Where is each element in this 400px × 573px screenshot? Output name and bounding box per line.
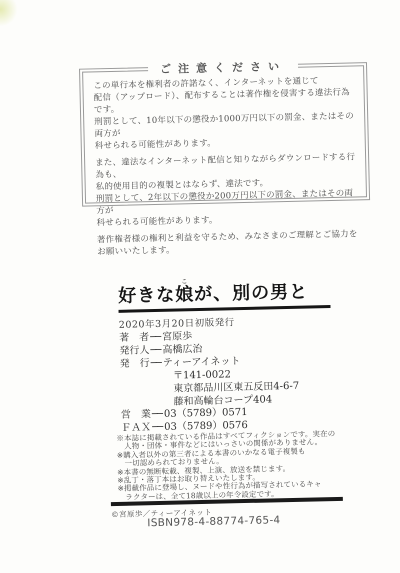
colophon-page: ご注意ください この単行本を権利者の許諾なく、インターネットを通じて 配信（アッ…: [0, 0, 400, 573]
publisher-address: 〒141-0022 東京都品川区東五反田4-6-7 藤和高輪台コープ404: [120, 367, 300, 410]
row-dash: ──: [151, 358, 161, 371]
publisher-name: ティーアイネット: [163, 356, 241, 369]
sales-label: 営 業: [121, 410, 152, 424]
publisher-person-name: 高橋広治: [162, 344, 202, 356]
author-label: 著 者: [119, 332, 150, 346]
book-title-post: が、別の男と: [194, 282, 308, 306]
scan-artifact-spot: [0, 0, 18, 27]
isbn-number: ISBN978-4-88774-765-4: [147, 514, 280, 529]
title-block: 好きな娘こが、別の男と 2020年3月20日初版発行: [118, 275, 331, 331]
row-dash: ──: [150, 332, 160, 345]
notice-paragraph-cooperation-request: 著作権者様の権利と利益を守るため、みなさまのご理解とご協力を お願いいたします。: [97, 228, 361, 258]
notice-box-inner-border: この単行本を権利者の許諾なく、インターネットを通じて 配信（アップロード）、配布…: [82, 65, 367, 203]
row-dash: ──: [150, 345, 160, 358]
book-title-ruby-base: 娘: [175, 284, 194, 305]
row-dash: ──: [152, 409, 162, 422]
notice-box-title: ご注意ください: [148, 58, 298, 77]
book-title: 好きな娘こが、別の男と: [118, 275, 331, 308]
book-title-ruby-furigana: こ: [175, 278, 194, 285]
notice-paragraph-upload-warning: この単行本を権利者の許諾なく、インターネットを通じて 配信（アップロード）、配布…: [93, 74, 359, 152]
publisher-person-label: 発行人: [119, 345, 150, 359]
publication-details: 著 者──宮原歩 発行人──高橋広治 発 行──ティーアイネット 〒141-00…: [119, 329, 300, 436]
author-name: 宮原歩: [162, 331, 192, 343]
edition-date: 2020年3月20日初版発行: [119, 312, 331, 331]
book-title-pre: 好きな: [118, 285, 175, 307]
book-title-ruby: 娘こ: [175, 284, 194, 305]
publisher-label: 発 行: [120, 358, 151, 372]
notice-paragraph-download-warning: また、違法なインターネット配信と知りながらダウンロードする行為も、 私的使用目的…: [95, 151, 361, 229]
copyright-notice-box: ご注意ください この単行本を権利者の許諾なく、インターネットを通じて 配信（アッ…: [79, 62, 370, 206]
disclaimer-notes: ※本誌に掲載されている作品はすべてフィクションです。実在の 人物・団体・事件など…: [116, 429, 357, 502]
sales-phone-number: 03（5789）0571: [164, 407, 248, 420]
